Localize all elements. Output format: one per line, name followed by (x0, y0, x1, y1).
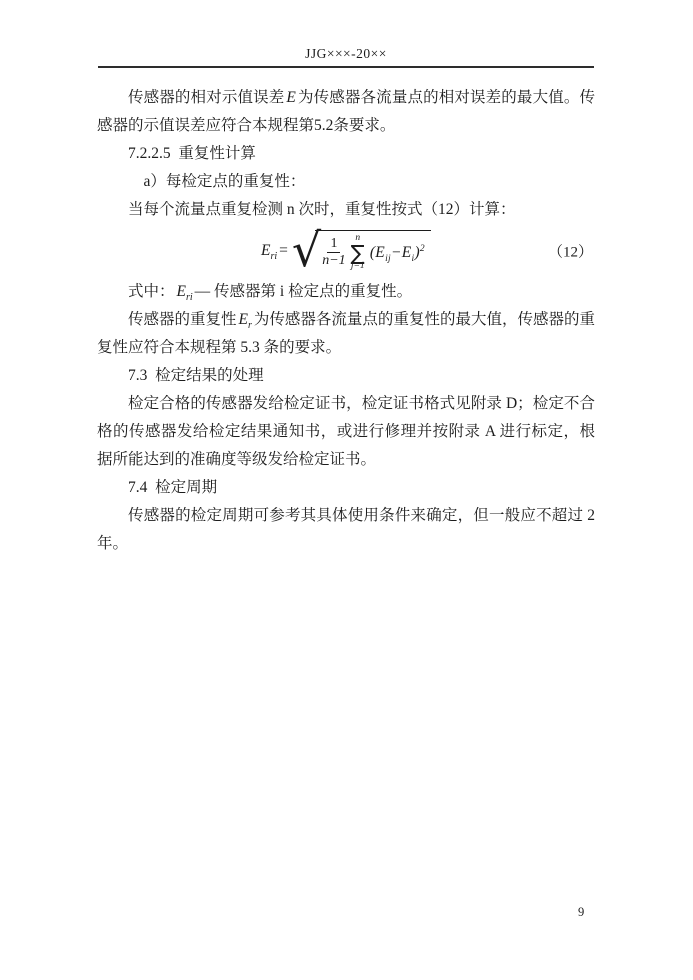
para3-var-subscript: r (248, 320, 252, 331)
expr-exponent: 2 (420, 244, 425, 254)
square-root: √ 1 n−1 n ∑ j=1 (Eij−Ei)2 (292, 229, 431, 273)
summand-expression: (Eij−Ei)2 (370, 244, 425, 262)
page-header: JJG×××-20×× (98, 46, 594, 68)
paragraph-indication-error: 传感器的相对示值误差E为传感器各流量点的相对误差的最大值。传感器的示值误差应符合… (97, 84, 595, 140)
summation-lower-limit: j=1 (351, 262, 365, 272)
paragraph-repeatability-intro: 当每个流量点重复检测 n 次时，重复性按式（12）计算： (97, 196, 595, 224)
paragraph-certificate: 检定合格的传感器发给检定证书，检定证书格式见附录 D；检定不合格的传感器发给检定… (97, 390, 595, 474)
legend-var-subscript: ri (186, 292, 193, 303)
radicand: 1 n−1 n ∑ j=1 (Eij−Ei)2 (315, 230, 431, 272)
paragraph-text: 传感器的相对示值误差 (128, 89, 284, 106)
legend-var: E (177, 283, 186, 300)
expr-open: (E (370, 244, 385, 261)
equals-sign: = (277, 242, 292, 260)
document-body: 传感器的相对示值误差E为传感器各流量点的相对误差的最大值。传感器的示值误差应符合… (97, 84, 595, 558)
expr-minus: −E (391, 244, 412, 261)
section-heading-74: 7.4 检定周期 (97, 474, 595, 502)
section-heading-73: 7.3 检定结果的处理 (97, 362, 595, 390)
equation-block: Eri = √ 1 n−1 n ∑ j=1 (Eij−E (97, 226, 595, 276)
paragraph-text: 传感器的重复性 (128, 311, 237, 328)
fraction: 1 n−1 (322, 236, 345, 271)
header-title: JJG×××-20×× (305, 46, 387, 61)
sigma-symbol: ∑ (351, 244, 365, 263)
legend-dash: — (195, 283, 211, 300)
variable-E: E (284, 89, 297, 106)
formula-legend: 式中：Eri— 传感器第 i 检定点的重复性。 (97, 278, 595, 306)
summation: n ∑ j=1 (351, 234, 365, 272)
variable-Eri: Eri (175, 283, 195, 300)
legend-text: 传感器第 i 检定点的重复性。 (210, 283, 412, 300)
page-number: 9 (578, 905, 584, 920)
document-page: JJG×××-20×× 传感器的相对示值误差E为传感器各流量点的相对误差的最大值… (0, 0, 693, 980)
formula-repeatability: Eri = √ 1 n−1 n ∑ j=1 (Eij−E (261, 229, 431, 273)
fraction-denominator: n−1 (322, 253, 345, 270)
paragraph-repeatability-max: 传感器的重复性Er为传感器各流量点的重复性的最大值，传感器的重复性应符合本规程第… (97, 306, 595, 362)
para3-var: E (239, 311, 248, 328)
list-item-a: a）每检定点的重复性： (97, 168, 595, 196)
paragraph-verification-interval: 传感器的检定周期可参考其具体使用条件来确定，但一般应不超过 2 年。 (97, 502, 595, 558)
fraction-numerator: 1 (327, 236, 340, 254)
variable-Er: Er (237, 311, 254, 328)
formula-lhs: Eri (261, 242, 277, 260)
section-heading-7225: 7.2.2.5 重复性计算 (97, 140, 595, 168)
equation-number: （12） (548, 241, 593, 262)
formula-lhs-subscript: ri (270, 251, 277, 262)
legend-prefix: 式中： (128, 283, 175, 300)
